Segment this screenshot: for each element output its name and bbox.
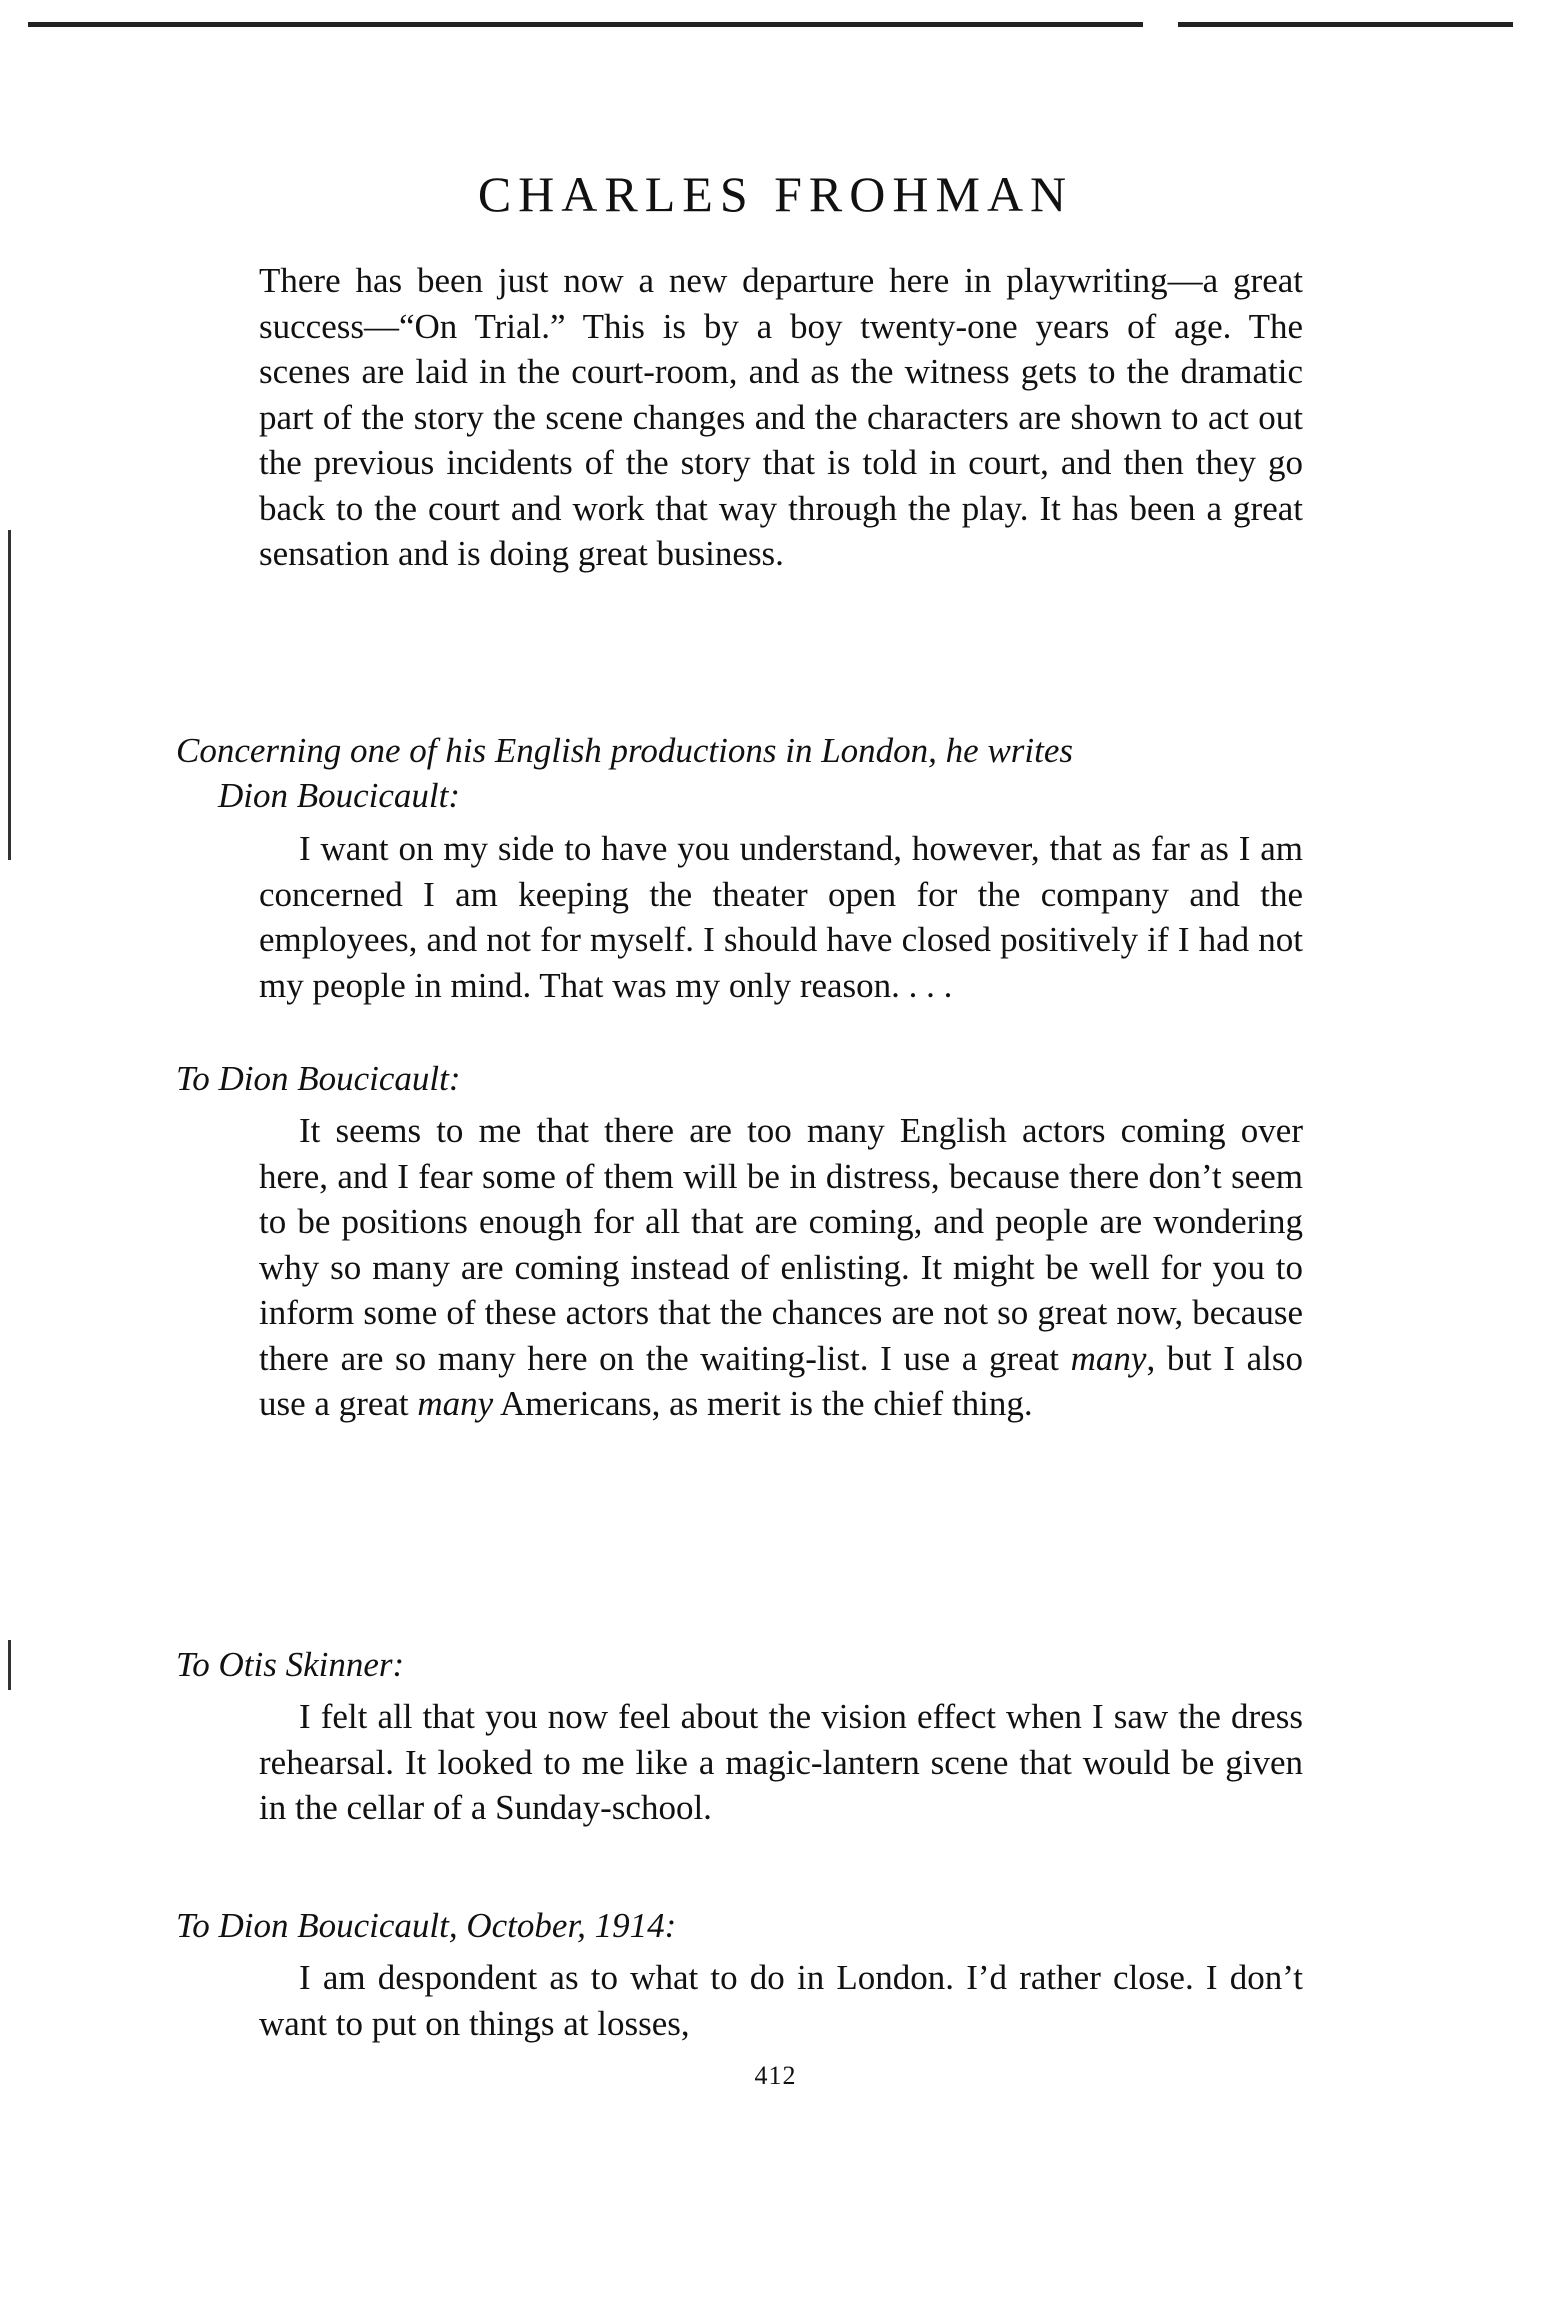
letter-text: Americans, as merit is the chief thing.	[493, 1384, 1032, 1423]
letter-heading-1: Concerning one of his English production…	[176, 728, 1304, 818]
scan-margin-mark	[8, 1640, 11, 1690]
emphasis: many	[417, 1384, 493, 1423]
letter-paragraph-1: I want on my side to have you understand…	[259, 826, 1303, 1008]
letter-paragraph-4: I am despondent as to what to do in Lond…	[259, 1955, 1303, 2046]
letter-heading-line: To Otis Skinner:	[176, 1642, 1304, 1687]
running-header: CHARLES FROHMAN	[0, 165, 1551, 223]
letter-heading-4: To Dion Boucicault, October, 1914:	[176, 1903, 1304, 1948]
emphasis: many	[1071, 1339, 1147, 1378]
letter-paragraph-3: I felt all that you now feel about the v…	[259, 1694, 1303, 1831]
page-number: 412	[0, 2061, 1551, 2091]
letter-heading-line: To Dion Boucicault:	[176, 1056, 1304, 1101]
letter-heading-3: To Otis Skinner:	[176, 1642, 1304, 1687]
letter-heading-line: Dion Boucicault:	[176, 773, 1304, 818]
letter-heading-line: Concerning one of his English production…	[176, 728, 1304, 773]
scan-margin-mark	[8, 530, 11, 860]
letter-heading-line: To Dion Boucicault, October, 1914:	[176, 1903, 1304, 1948]
top-rule-right	[1178, 22, 1513, 27]
letter-heading-2: To Dion Boucicault:	[176, 1056, 1304, 1101]
intro-paragraph: There has been just now a new departure …	[259, 258, 1303, 577]
top-rule	[28, 22, 1143, 27]
letter-paragraph-2: It seems to me that there are too many E…	[259, 1108, 1303, 1427]
